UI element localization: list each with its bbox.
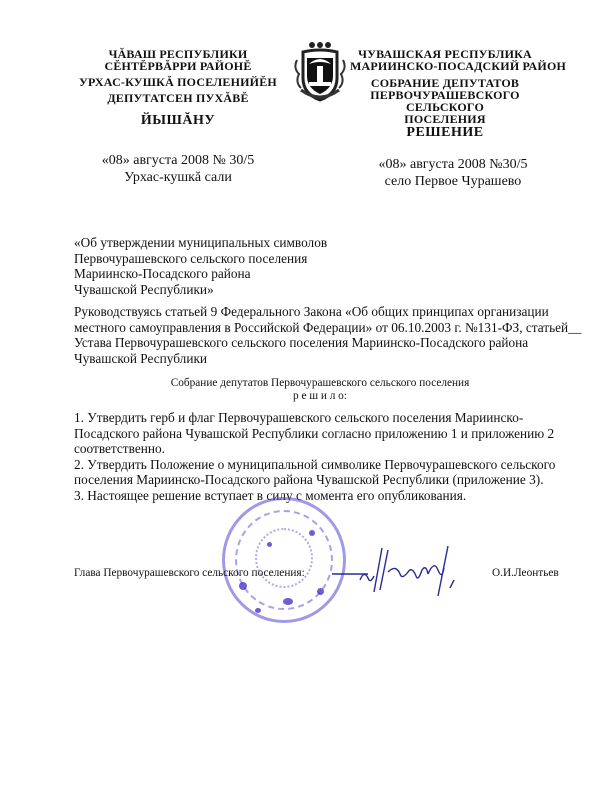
doc-type-chuvash: ЙЫШĂНУ bbox=[62, 113, 294, 129]
item-line: 1. Утвердить герб и флаг Первочурашевско… bbox=[74, 410, 555, 426]
signatory-position: Глава Первочурашевского сельского поселе… bbox=[74, 567, 305, 580]
decision-intro-line: Собрание депутатов Первочурашевского сел… bbox=[60, 377, 580, 390]
preamble: Руководствуясь статьей 9 Федерального За… bbox=[74, 304, 581, 366]
signatory-name: О.И.Леонтьев bbox=[492, 567, 559, 580]
date-left: «08» августа 2008 № 30/5 Урхас-кушкă сал… bbox=[62, 152, 294, 186]
subject-line: «Об утверждении муниципальных символов bbox=[74, 235, 327, 251]
date-right: «08» августа 2008 №30/5 село Первое Чура… bbox=[358, 156, 548, 190]
item-line: Посадского района Чувашской Республики с… bbox=[74, 426, 555, 442]
decision-items: 1. Утвердить герб и флаг Первочурашевско… bbox=[74, 410, 555, 503]
item-line: соответственно. bbox=[74, 441, 555, 457]
header-left-line: СĔНТĔРВĂРРИ РАЙОНĔ bbox=[62, 60, 294, 72]
header-right-line: МАРИИНСКО-ПОСАДСКИЙ РАЙОН bbox=[350, 60, 540, 72]
decision-subject: «Об утверждении муниципальных символов П… bbox=[74, 235, 327, 297]
chuvash-coat-of-arms-icon bbox=[291, 38, 349, 104]
header-right-line: ПОСЕЛЕНИЯ bbox=[350, 113, 540, 125]
decision-verb: р е ш и л о: bbox=[60, 390, 580, 403]
header-left-line: ДЕПУТАТСЕН ПУХĂВĔ bbox=[62, 92, 294, 104]
subject-line: Первочурашевского сельского поселения bbox=[74, 251, 327, 267]
header-left-line: УРХАС-КУШКĂ ПОСЕЛЕНИЙĔН bbox=[62, 76, 294, 88]
preamble-line: Устава Первочурашевского сельского посел… bbox=[74, 335, 581, 351]
item-line: поселения Мариинско-Посадского района Чу… bbox=[74, 472, 555, 488]
header-right: ЧУВАШСКАЯ РЕСПУБЛИКА МАРИИНСКО-ПОСАДСКИЙ… bbox=[350, 48, 540, 125]
official-stamp bbox=[222, 497, 346, 623]
place-right: село Первое Чурашево bbox=[358, 173, 548, 190]
doc-type-russian: РЕШЕНИЕ bbox=[350, 125, 540, 141]
date-right-value: «08» августа 2008 №30/5 bbox=[358, 156, 548, 173]
preamble-line: местного самоуправления в Российской Фед… bbox=[74, 320, 581, 336]
decision-intro: Собрание депутатов Первочурашевского сел… bbox=[60, 377, 580, 403]
preamble-line: Чувашской Республики bbox=[74, 351, 581, 367]
handwritten-signature bbox=[330, 540, 470, 600]
item-line: 2. Утвердить Положение о муниципальной с… bbox=[74, 457, 555, 473]
subject-line: Мариинско-Посадского района bbox=[74, 266, 327, 282]
preamble-line: Руководствуясь статьей 9 Федерального За… bbox=[74, 304, 581, 320]
item-line: 3. Настоящее решение вступает в силу с м… bbox=[74, 488, 555, 504]
subject-line: Чувашской Республики» bbox=[74, 282, 327, 298]
date-left-value: «08» августа 2008 № 30/5 bbox=[62, 152, 294, 169]
header-left: ЧĂВАШ РЕСПУБЛИКИ СĔНТĔРВĂРРИ РАЙОНĔ УРХА… bbox=[62, 48, 294, 104]
place-left: Урхас-кушкă сали bbox=[62, 169, 294, 186]
